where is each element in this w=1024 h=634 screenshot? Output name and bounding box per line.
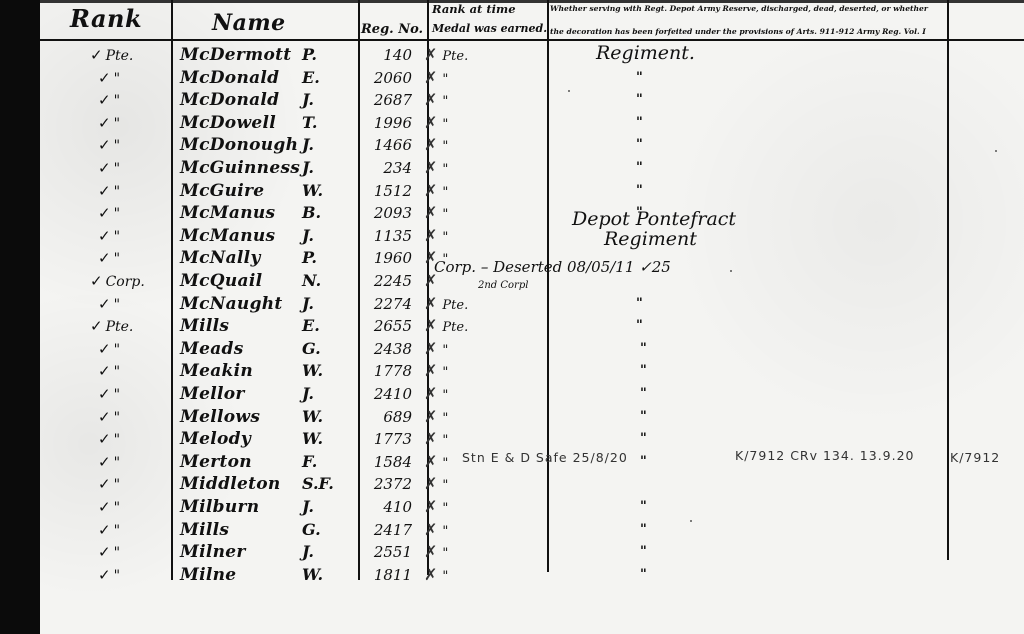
surname-cell: McDermott (180, 44, 310, 66)
initial-cell: W. (302, 180, 342, 202)
reg-no-cell: 410 (368, 496, 412, 518)
cross-check-icon: ✗ (424, 339, 437, 358)
rank-text: " (114, 477, 120, 493)
medal-rank-text: " (442, 343, 448, 358)
rank-text: " (114, 138, 120, 154)
initial-cell: J. (302, 225, 342, 247)
reg-no-cell: 140 (368, 44, 412, 66)
status-ditto: " (640, 360, 680, 382)
cross-check-icon: ✗ (424, 520, 437, 539)
cross-check-icon: ✗ (424, 474, 437, 493)
medal-rank-cell: ✗" (424, 67, 544, 89)
medal-rank-text: " (442, 94, 448, 109)
status-ditto: " (640, 428, 680, 450)
surname-cell: McGuinness (180, 157, 310, 179)
reg-no-cell: 234 (368, 157, 412, 179)
checkmark-icon: ✓ (90, 317, 103, 335)
checkmark-icon: ✓ (98, 182, 111, 200)
initial-cell: W. (302, 360, 342, 382)
table-row: ✓"MelodyW.1773✗"" (40, 428, 1024, 450)
rank-text: " (114, 229, 120, 245)
initial-cell: J. (302, 293, 342, 315)
reg-no-cell: 2410 (368, 383, 412, 405)
medal-rank-text: " (442, 162, 448, 177)
reg-no-cell: 2245 (368, 270, 412, 292)
note-depot-regiment: Regiment (604, 228, 697, 250)
note-middleton-k7912: K/7912 (950, 450, 1000, 465)
medal-rank-text: " (442, 524, 448, 539)
initial-cell: J. (302, 383, 342, 405)
cross-check-icon: ✗ (424, 452, 437, 471)
medal-rank-cell: ✗" (424, 428, 544, 450)
status-ditto: " (636, 180, 676, 202)
table-row: ✓"McDonoughJ.1466✗"" (40, 134, 1024, 156)
initial-cell: G. (302, 519, 342, 541)
rank-text: Pte. (106, 319, 134, 335)
surname-cell: Merton (180, 451, 310, 473)
table-row: ✓"McManusJ.1135✗" (40, 225, 1024, 247)
checkmark-icon: ✓ (98, 362, 111, 380)
rank-text: " (114, 342, 120, 358)
header-rank-at-time-line1: Rank at time (432, 2, 516, 16)
medal-rank-cell: ✗" (424, 383, 544, 405)
medal-rank-cell: ✗" (424, 519, 544, 541)
surname-cell: Milner (180, 541, 310, 563)
initial-cell: B. (302, 202, 342, 224)
reg-no-cell: 2060 (368, 67, 412, 89)
medal-rank-cell: ✗" (424, 406, 544, 428)
checkmark-icon: ✓ (98, 340, 111, 358)
rank-text: " (114, 116, 120, 132)
surname-cell: McDowell (180, 112, 310, 134)
checkmark-icon: ✓ (98, 204, 111, 222)
rank-text: " (114, 364, 120, 380)
initial-cell: J. (302, 134, 342, 156)
surname-cell: Mellows (180, 406, 310, 428)
reg-no-cell: 2655 (368, 315, 412, 337)
medal-rank-cell: ✗" (424, 202, 544, 224)
initial-cell: T. (302, 112, 342, 134)
table-row: ✓"McGuireW.1512✗"" (40, 180, 1024, 202)
initial-cell: J. (302, 496, 342, 518)
checkmark-icon: ✓ (98, 543, 111, 561)
header-rule (40, 39, 1024, 41)
medal-rank-text: " (442, 456, 448, 471)
status-ditto: " (636, 315, 676, 337)
medal-rank-text: " (442, 72, 448, 87)
rank-text: " (114, 71, 120, 87)
status-ditto: " (636, 134, 676, 156)
reg-no-cell: 1773 (368, 428, 412, 450)
medal-rank-cell: ✗" (424, 180, 544, 202)
rank-text: " (114, 455, 120, 471)
reg-no-cell: 1996 (368, 112, 412, 134)
medal-rank-cell: ✗Pte. (424, 293, 544, 315)
header-status-line2: the decoration has been forfeited under … (550, 26, 926, 37)
medal-rank-text: " (442, 207, 448, 222)
rank-text: " (114, 500, 120, 516)
cross-check-icon: ✗ (424, 407, 437, 426)
surname-cell: McGuire (180, 180, 310, 202)
medal-rank-cell: ✗" (424, 112, 544, 134)
reg-no-cell: 2093 (368, 202, 412, 224)
cross-check-icon: ✗ (424, 226, 437, 245)
status-ditto: " (640, 564, 680, 586)
initial-cell: F. (302, 451, 342, 473)
rank-text: " (114, 568, 120, 584)
medal-rank-text: " (442, 433, 448, 448)
rank-text: " (114, 251, 120, 267)
reg-no-cell: 2372 (368, 473, 412, 495)
status-ditto: " (640, 338, 680, 360)
cross-check-icon: ✗ (424, 497, 437, 516)
table-row: ✓"McManusB.2093✗"" (40, 202, 1024, 224)
checkmark-icon: ✓ (98, 521, 111, 539)
medal-rank-text: Pte. (442, 320, 468, 335)
table-row: ✓"MilnerJ.2551✗"" (40, 541, 1024, 563)
status-ditto: " (636, 67, 676, 89)
paper-speck (730, 270, 732, 272)
medal-rank-cell: ✗" (424, 473, 544, 495)
checkmark-icon: ✓ (98, 453, 111, 471)
cross-check-icon: ✗ (424, 565, 437, 584)
rank-text: Corp. (106, 274, 145, 290)
medal-rank-text: " (442, 411, 448, 426)
reg-no-cell: 2274 (368, 293, 412, 315)
table-row: ✓"McGuinnessJ.234✗"" (40, 157, 1024, 179)
note-mcnaught-2nd-corpl: 2nd Corpl (478, 280, 528, 291)
surname-cell: McDonald (180, 67, 310, 89)
reg-no-cell: 2438 (368, 338, 412, 360)
table-row: ✓"McDowellT.1996✗"" (40, 112, 1024, 134)
medal-rank-text: " (442, 478, 448, 493)
medal-rank-cell: ✗Pte. (424, 44, 544, 66)
table-row: ✓"MiddletonS.F.2372✗" (40, 473, 1024, 495)
initial-cell: P. (302, 247, 342, 269)
table-row: ✓"MilneW.1811✗"" (40, 564, 1024, 586)
cross-check-icon: ✗ (424, 68, 437, 87)
initial-cell: S.F. (302, 473, 342, 495)
status-ditto: " (636, 89, 676, 111)
cross-check-icon: ✗ (424, 181, 437, 200)
medal-rank-text: " (442, 139, 448, 154)
initial-cell: E. (302, 67, 342, 89)
surname-cell: McQuail (180, 270, 310, 292)
initial-cell: J. (302, 541, 342, 563)
medal-rank-text: Pte. (442, 298, 468, 313)
rank-text: Pte. (106, 48, 134, 64)
rank-text: " (114, 206, 120, 222)
surname-cell: Meakin (180, 360, 310, 382)
header-status-line1: Whether serving with Regt. Depot Army Re… (550, 3, 928, 14)
checkmark-icon: ✓ (98, 430, 111, 448)
reg-no-cell: 1512 (368, 180, 412, 202)
checkmark-icon: ✓ (98, 91, 111, 109)
status-ditto: " (636, 157, 676, 179)
header-rank: Rank (70, 4, 142, 33)
surname-cell: McDonough (180, 134, 310, 156)
rank-text: " (114, 387, 120, 403)
checkmark-icon: ✓ (98, 566, 111, 584)
cross-check-icon: ✗ (424, 429, 437, 448)
medal-rank-cell: ✗" (424, 338, 544, 360)
medal-rank-cell: ✗" (424, 564, 544, 586)
note-mcquail-deserted: Corp. – Deserted 08/05/11 ✓25 (434, 258, 671, 276)
table-row: ✓"MillsG.2417✗"" (40, 519, 1024, 541)
status-ditto: " (640, 451, 680, 473)
checkmark-icon: ✓ (98, 408, 111, 426)
rank-text: " (114, 545, 120, 561)
surname-cell: McManus (180, 202, 310, 224)
note-regiment-top: Regiment. (596, 42, 695, 64)
status-ditto: " (640, 496, 680, 518)
medal-rank-cell: ✗" (424, 134, 544, 156)
table-row: ✓"MilburnJ.410✗"" (40, 496, 1024, 518)
table-row: ✓"McNaughtJ.2274✗Pte." (40, 293, 1024, 315)
checkmark-icon: ✓ (98, 295, 111, 313)
medal-rank-cell: ✗" (424, 496, 544, 518)
status-ditto: " (640, 383, 680, 405)
checkmark-icon: ✓ (90, 272, 103, 290)
paper-speck (690, 520, 692, 522)
table-row: ✓"MellorJ.2410✗"" (40, 383, 1024, 405)
reg-no-cell: 689 (368, 406, 412, 428)
checkmark-icon: ✓ (98, 159, 111, 177)
reg-no-cell: 1960 (368, 247, 412, 269)
surname-cell: Milburn (180, 496, 310, 518)
surname-cell: Mills (180, 315, 310, 337)
checkmark-icon: ✓ (98, 69, 111, 87)
cross-check-icon: ✗ (424, 158, 437, 177)
medal-rank-cell: ✗Pte. (424, 315, 544, 337)
cross-check-icon: ✗ (424, 45, 437, 64)
rank-cell: ✓Pte. (90, 315, 190, 337)
initial-cell: G. (302, 338, 342, 360)
rank-text: " (114, 93, 120, 109)
paper-speck (568, 90, 570, 92)
cross-check-icon: ✗ (424, 203, 437, 222)
status-ditto: " (640, 406, 680, 428)
rank-text: " (114, 410, 120, 426)
initial-cell: E. (302, 315, 342, 337)
medal-rank-text: " (442, 501, 448, 516)
status-ditto: " (636, 293, 676, 315)
surname-cell: McNaught (180, 293, 310, 315)
surname-cell: Melody (180, 428, 310, 450)
reg-no-cell: 1466 (368, 134, 412, 156)
medal-rank-text: " (442, 365, 448, 380)
medal-rank-text: " (442, 388, 448, 403)
reg-no-cell: 2687 (368, 89, 412, 111)
table-row: ✓"MeakinW.1778✗"" (40, 360, 1024, 382)
surname-cell: Mellor (180, 383, 310, 405)
medal-rank-cell: ✗" (424, 360, 544, 382)
header-reg-no: Reg. No. (361, 22, 423, 37)
initial-cell: W. (302, 406, 342, 428)
reg-no-cell: 1584 (368, 451, 412, 473)
header-name: Name (212, 10, 286, 36)
initial-cell: P. (302, 44, 342, 66)
table-row: ✓"McDonaldE.2060✗"" (40, 67, 1024, 89)
cross-check-icon: ✗ (424, 294, 437, 313)
cross-check-icon: ✗ (424, 316, 437, 335)
note-depot-pontefract: Depot Pontefract (572, 208, 736, 230)
table-row: ✓"McDonaldJ.2687✗"" (40, 89, 1024, 111)
reg-no-cell: 1778 (368, 360, 412, 382)
initial-cell: W. (302, 428, 342, 450)
initial-cell: N. (302, 270, 342, 292)
paper-speck (995, 150, 997, 152)
checkmark-icon: ✓ (98, 249, 111, 267)
surname-cell: McManus (180, 225, 310, 247)
cross-check-icon: ✗ (424, 361, 437, 380)
medal-rank-cell: ✗" (424, 225, 544, 247)
header-rank-at-time-line2: Medal was earned. (432, 22, 547, 35)
reg-no-cell: 1811 (368, 564, 412, 586)
table-row: ✓Pte.McDermottP.140✗Pte. (40, 44, 1024, 66)
cross-check-icon: ✗ (424, 542, 437, 561)
cross-check-icon: ✗ (424, 90, 437, 109)
reg-no-cell: 2417 (368, 519, 412, 541)
rank-text: " (114, 523, 120, 539)
medal-rank-text: " (442, 546, 448, 561)
table-row: ✓"MeadsG.2438✗"" (40, 338, 1024, 360)
status-ditto: " (636, 112, 676, 134)
checkmark-icon: ✓ (98, 227, 111, 245)
initial-cell: J. (302, 157, 342, 179)
status-ditto: " (640, 541, 680, 563)
cross-check-icon: ✗ (424, 135, 437, 154)
rank-cell: ✓Corp. (90, 270, 190, 292)
cross-check-icon: ✗ (424, 113, 437, 132)
surname-cell: Meads (180, 338, 310, 360)
table-row: ✓"MellowsW.689✗"" (40, 406, 1024, 428)
status-ditto: " (640, 519, 680, 541)
rank-cell: ✓Pte. (90, 44, 190, 66)
rank-text: " (114, 297, 120, 313)
checkmark-icon: ✓ (98, 136, 111, 154)
reg-no-cell: 1135 (368, 225, 412, 247)
medal-rank-text: " (442, 117, 448, 132)
cross-check-icon: ✗ (424, 384, 437, 403)
medal-rank-cell: ✗" (424, 89, 544, 111)
checkmark-icon: ✓ (98, 498, 111, 516)
surname-cell: McDonald (180, 89, 310, 111)
surname-cell: Middleton (180, 473, 310, 495)
checkmark-icon: ✓ (90, 46, 103, 64)
surname-cell: Mills (180, 519, 310, 541)
medal-rank-text: " (442, 185, 448, 200)
table-row: ✓Pte.MillsE.2655✗Pte." (40, 315, 1024, 337)
medal-rank-text: Pte. (442, 49, 468, 64)
medal-rank-text: " (442, 230, 448, 245)
checkmark-icon: ✓ (98, 475, 111, 493)
initial-cell: W. (302, 564, 342, 586)
rank-text: " (114, 432, 120, 448)
checkmark-icon: ✓ (98, 385, 111, 403)
note-middleton-crv: K/7912 CRv 134. 13.9.20 (735, 448, 915, 463)
note-middleton-safe: Stn E & D Safe 25/8/20 (462, 450, 628, 465)
surname-cell: Milne (180, 564, 310, 586)
rank-text: " (114, 161, 120, 177)
medal-rank-text: " (442, 569, 448, 584)
reg-no-cell: 2551 (368, 541, 412, 563)
medal-rank-cell: ✗" (424, 541, 544, 563)
medal-rank-cell: ✗" (424, 157, 544, 179)
surname-cell: McNally (180, 247, 310, 269)
checkmark-icon: ✓ (98, 114, 111, 132)
rank-text: " (114, 184, 120, 200)
initial-cell: J. (302, 89, 342, 111)
